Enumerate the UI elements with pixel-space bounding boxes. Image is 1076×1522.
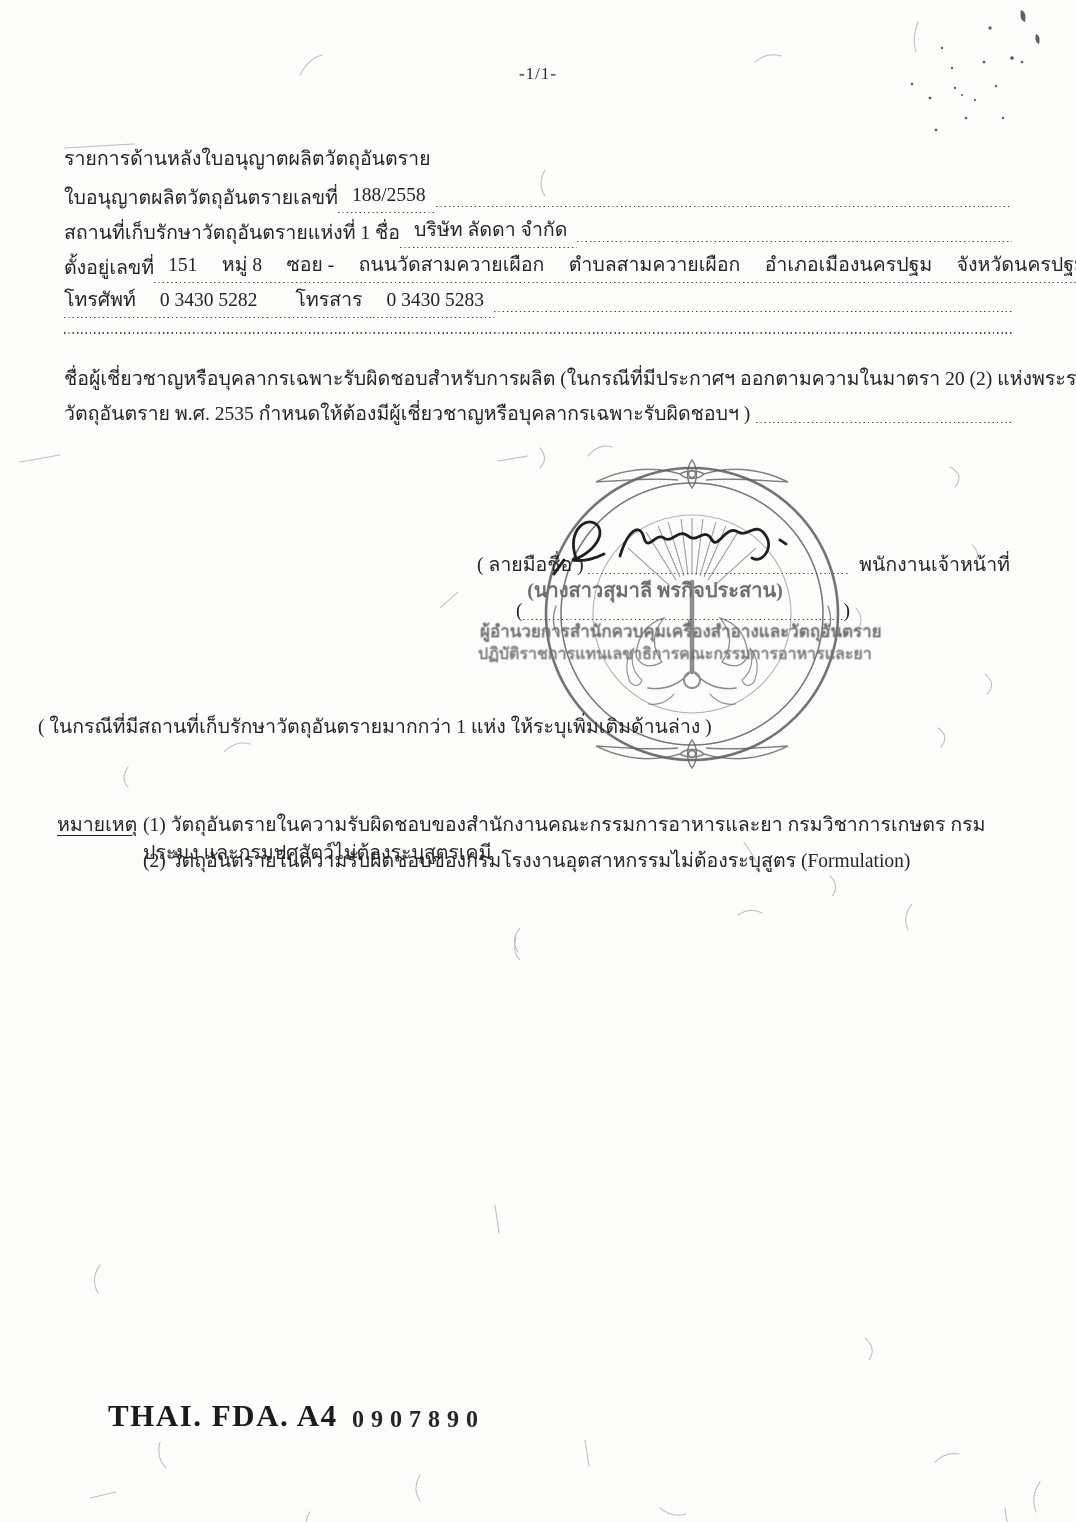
fax-label: โทรสาร bbox=[267, 287, 372, 318]
expert-clause-line2-row: วัตถุอันตราย พ.ศ. 2535 กำหนดให้ต้องมีผู้… bbox=[64, 401, 1012, 429]
license-number-label: ใบอนุญาตผลิตวัตถุอันตรายเลขที่ bbox=[64, 185, 338, 213]
phone-label: โทรศัพท์ bbox=[64, 287, 146, 318]
page-number: -1/1- bbox=[0, 64, 1076, 84]
address-label: ตั้งอยู่เลขที่ bbox=[64, 255, 154, 283]
multiple-storage-note: ( ในกรณีที่มีสถานที่เก็บรักษาวัตถุอันตรา… bbox=[38, 717, 712, 738]
stamp-subtitle: ปฏิบัติราชการแทนเลขาธิการคณะกรรมการอาหาร… bbox=[478, 643, 838, 666]
storage-site-line: สถานที่เก็บรักษาวัตถุอันตรายแห่งที่ 1 ชื… bbox=[64, 217, 1012, 248]
signature bbox=[548, 496, 828, 596]
address-line: ตั้งอยู่เลขที่ 151 หมู่ 8 ซอย - ถนนวัดสา… bbox=[64, 252, 1012, 283]
stamp-title: ผู้อำนวยการสำนักควบคุมเครื่องสำอางและวัต… bbox=[480, 620, 830, 645]
form-code: THAI. FDA. A4 bbox=[108, 1398, 338, 1434]
form-serial-number: 0907890 bbox=[352, 1407, 485, 1434]
expert-clause-line1: ชื่อผู้เชี่ยวชาญหรือบุคลากรเฉพาะรับผิดชอ… bbox=[64, 366, 1076, 394]
phone-fax-line: โทรศัพท์ 0 3430 5282 โทรสาร 0 3430 5283 bbox=[64, 287, 1012, 318]
remarks-heading: หมายเหตุ bbox=[57, 815, 137, 836]
address-value: 151 หมู่ 8 ซอย - ถนนวัดสามควายเผือก ตำบล… bbox=[154, 252, 1076, 283]
storage-site-value: บริษัท ลัดดา จำกัด bbox=[400, 217, 577, 248]
fax-value: 0 3430 5283 bbox=[373, 287, 495, 318]
storage-site-label: สถานที่เก็บรักษาวัตถุอันตรายแห่งที่ 1 ชื… bbox=[64, 220, 400, 248]
phone-value: 0 3430 5282 bbox=[146, 287, 268, 318]
dotted-leader bbox=[64, 332, 1012, 334]
remark-item-2: (2) วัตถุอันตรายในความรับผิดชอบของกรมโรง… bbox=[143, 851, 910, 872]
dotted-leader bbox=[436, 206, 1012, 208]
expert-clause-line2: วัตถุอันตราย พ.ศ. 2535 กำหนดให้ต้องมีผู้… bbox=[64, 401, 750, 429]
license-number-line: ใบอนุญาตผลิตวัตถุอันตรายเลขที่ 188/2558 bbox=[64, 182, 1012, 213]
dotted-leader bbox=[756, 422, 1012, 424]
document-title: รายการด้านหลังใบอนุญาตผลิตวัตถุอันตราย bbox=[64, 146, 431, 174]
dotted-leader bbox=[494, 311, 1012, 313]
dotted-leader bbox=[577, 241, 1012, 243]
blank-dotted-line bbox=[64, 332, 1012, 340]
license-number-value: 188/2558 bbox=[338, 182, 436, 213]
officer-role: พนักงานเจ้าหน้าที่ bbox=[859, 552, 1010, 580]
scanned-document-page: -1/1- รายการด้านหลังใบอนุญาตผลิตวัตถุอัน… bbox=[0, 0, 1076, 1522]
